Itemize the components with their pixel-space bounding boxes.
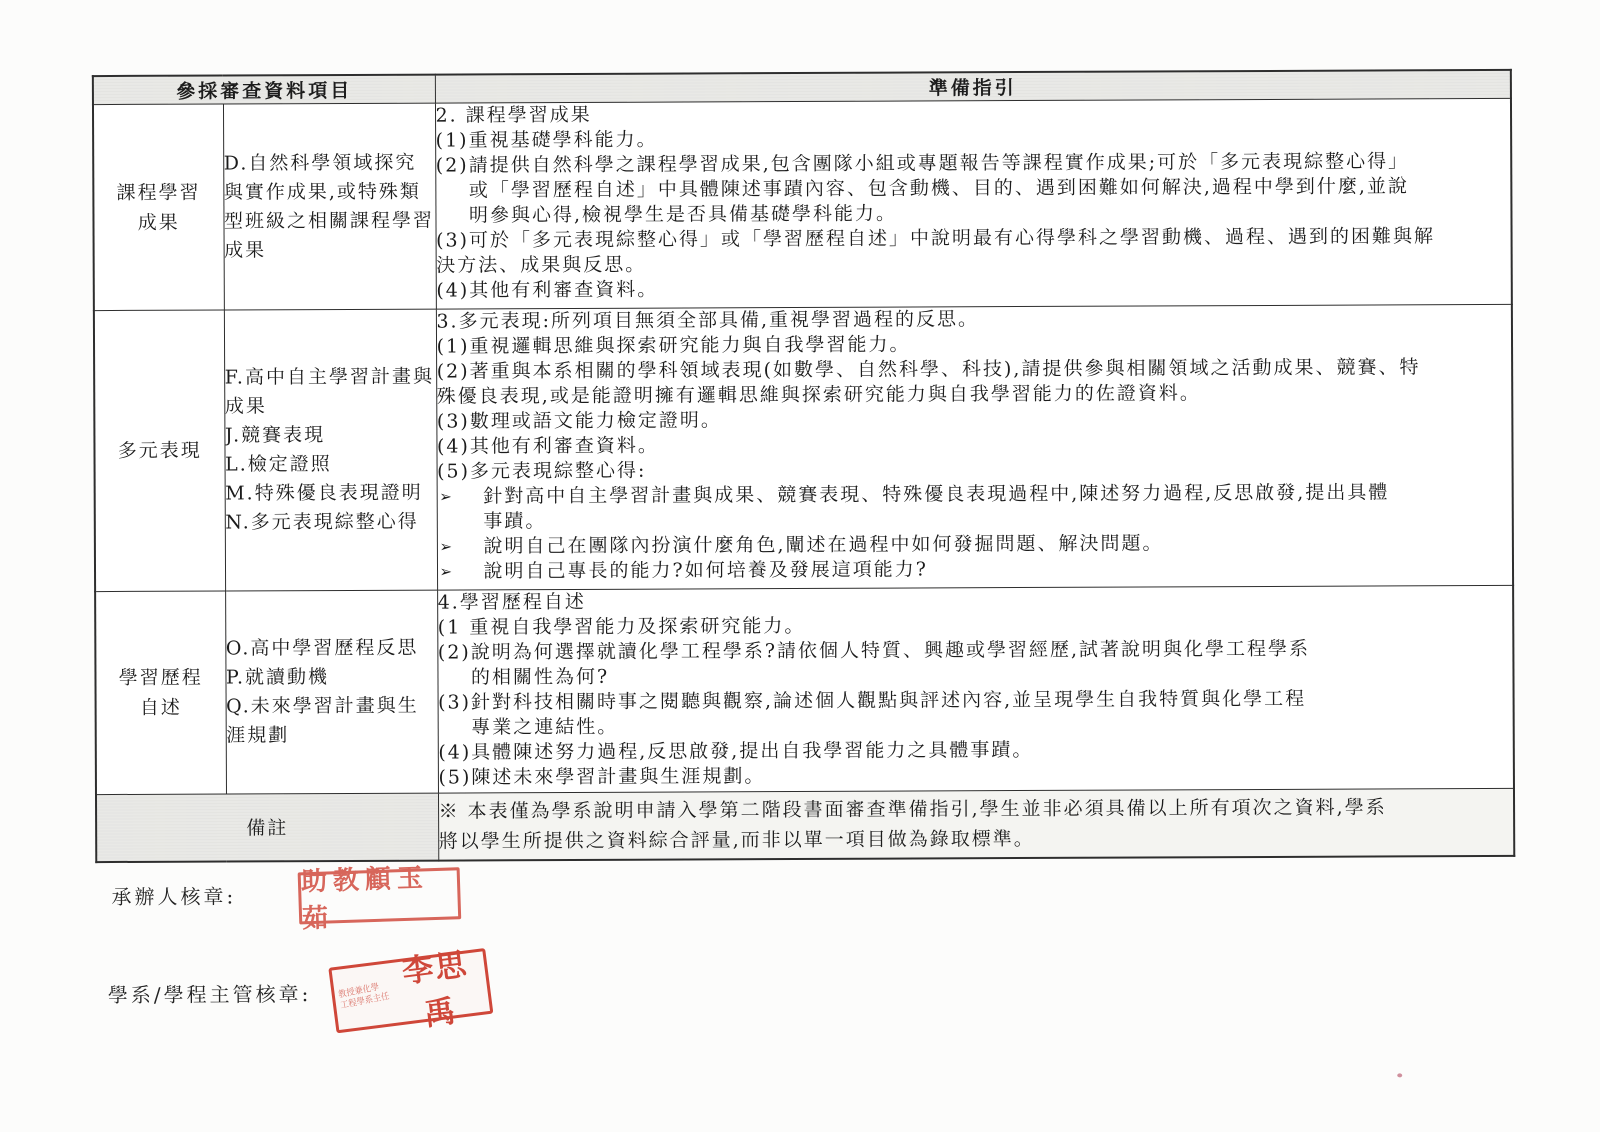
- bullet-text: 說明自己專長的能力?如何培養及發展這項能力?: [483, 555, 1512, 584]
- text-line: M.特殊優良表現證明: [225, 479, 436, 509]
- category-cell-course-learning: 課程學習成果: [93, 104, 224, 311]
- text-line: ➢說明自己專長的能力?如何培養及發展這項能力?: [437, 555, 1512, 585]
- review-guideline-table: 參採審查資料項目 準備指引 課程學習成果 D.自然科學領域探究與實作成果,或特殊…: [92, 69, 1515, 863]
- text-line: O.高中學習歷程反思: [226, 634, 437, 664]
- bullet-text: 針對高中自主學習計畫與成果、競賽表現、特殊優良表現過程中,陳述努力過程,反思啟發…: [483, 480, 1512, 509]
- text-line: ➢針對高中自主學習計畫與成果、競賽表現、特殊優良表現過程中,陳述努力過程,反思啟…: [437, 480, 1512, 510]
- items-cell-course-learning: D.自然科學領域探究與實作成果,或特殊類型班級之相關課程學習成果: [223, 103, 436, 310]
- row-remarks: 備註 ※ 本表僅為學系說明申請入學第二階段書面審查準備指引,學生並非必須具備以上…: [96, 788, 1514, 861]
- staff-seal-label: 承辦人核章:: [111, 880, 236, 910]
- category-cell-diverse-performance: 多元表現: [94, 310, 225, 592]
- row-diverse-performance: 多元表現 F.高中自主學習計畫與成果J.競賽表現L.檢定證照M.特殊優良表現證明…: [94, 304, 1513, 591]
- guide-cell-course-learning: 2. 課程學習成果(1)重視基礎學科能力。(2)請提供自然科學之課程學習成果,包…: [435, 98, 1512, 309]
- arrow-bullet-icon: ➢: [437, 559, 483, 584]
- scanned-document-page: 參採審查資料項目 準備指引 課程學習成果 D.自然科學領域探究與實作成果,或特殊…: [0, 0, 1600, 1132]
- text-line: (4)其他有利審查資料。: [436, 274, 1511, 304]
- text-line: J.競賽表現: [225, 421, 436, 451]
- text-line: 自述: [97, 693, 226, 724]
- arrow-bullet-icon: ➢: [437, 484, 483, 509]
- text-line: 成果: [94, 207, 223, 238]
- text-line: (2)著重與本系相關的學科領域表現(如數學、自然科學、科技),請提供參與相關領域…: [437, 355, 1512, 385]
- text-line: P.就讀動機: [226, 663, 437, 693]
- text-line: D.自然科學領域探究與實作成果,或特殊類型班級之相關課程學習成果: [224, 148, 436, 265]
- row-learning-portfolio-statement: 學習歷程自述 O.高中學習歷程反思P.就讀動機Q.未來學習計畫與生涯規劃 4.學…: [95, 585, 1514, 794]
- manager-stamp: 教授兼化學工程學系主任 李思禹: [328, 948, 493, 1033]
- staff-stamp-text: 助教顧玉茹: [300, 856, 458, 935]
- text-line: 將以學生所提供之資料綜合評量,而非以單一項目做為錄取標準。: [439, 822, 1514, 857]
- arrow-bullet-icon: ➢: [437, 534, 483, 559]
- staff-stamp: 助教顧玉茹: [298, 867, 462, 924]
- text-line: 課程學習: [94, 177, 223, 208]
- text-line: Q.未來學習計畫與生涯規劃: [226, 692, 437, 751]
- manager-stamp-name: 李思禹: [383, 936, 492, 1038]
- manager-stamp-title: 教授兼化學工程學系主任: [336, 981, 389, 1012]
- document-sheet: 參採審查資料項目 準備指引 課程學習成果 D.自然科學領域探究與實作成果,或特殊…: [0, 0, 1600, 1132]
- text-line: N.多元表現綜整心得: [225, 508, 436, 538]
- ink-speck: [1397, 1073, 1402, 1077]
- text-line: (3)可於「多元表現綜整心得」或「學習歷程自述」中說明最有心得學科之學習動機、過…: [436, 224, 1511, 254]
- text-line: L.檢定證照: [225, 450, 436, 480]
- header-items-column: 參採審查資料項目: [93, 75, 435, 105]
- items-cell-diverse-performance: F.高中自主學習計畫與成果J.競賽表現L.檢定證照M.特殊優良表現證明N.多元表…: [224, 309, 437, 591]
- note-text-cell: ※ 本表僅為學系說明申請入學第二階段書面審查準備指引,學生並非必須具備以上所有項…: [438, 788, 1514, 860]
- manager-seal-label: 學系/學程主管核章:: [108, 978, 312, 1008]
- category-cell-portfolio-statement: 學習歷程自述: [95, 591, 226, 795]
- note-label-cell: 備註: [96, 793, 438, 861]
- guide-cell-diverse-performance: 3.多元表現:所列項目無須全部具備,重視學習過程的反思。(1)重視邏輯思維與探索…: [436, 304, 1513, 590]
- items-cell-portfolio-statement: O.高中學習歷程反思P.就讀動機Q.未來學習計畫與生涯規劃: [225, 590, 438, 794]
- text-line: (5)陳述未來學習計畫與生涯規劃。: [438, 761, 1513, 791]
- text-line: 或「學習歷程自述」中具體陳述事蹟內容、包含動機、目的、遇到困難如何解決,過程中學…: [436, 174, 1511, 204]
- guide-cell-portfolio-statement: 4.學習歷程自述(1 重視自我學習能力及探索研究能力。(2)說明為何選擇就讀化學…: [437, 585, 1514, 793]
- text-line: 學習歷程: [96, 663, 225, 694]
- text-line: F.高中自主學習計畫與成果: [225, 363, 436, 422]
- row-course-learning-results: 課程學習成果 D.自然科學領域探究與實作成果,或特殊類型班級之相關課程學習成果 …: [93, 98, 1512, 310]
- text-line: 多元表現: [95, 436, 224, 467]
- text-line: ※ 本表僅為學系說明申請入學第二階段書面審查準備指引,學生並非必須具備以上所有項…: [439, 792, 1514, 827]
